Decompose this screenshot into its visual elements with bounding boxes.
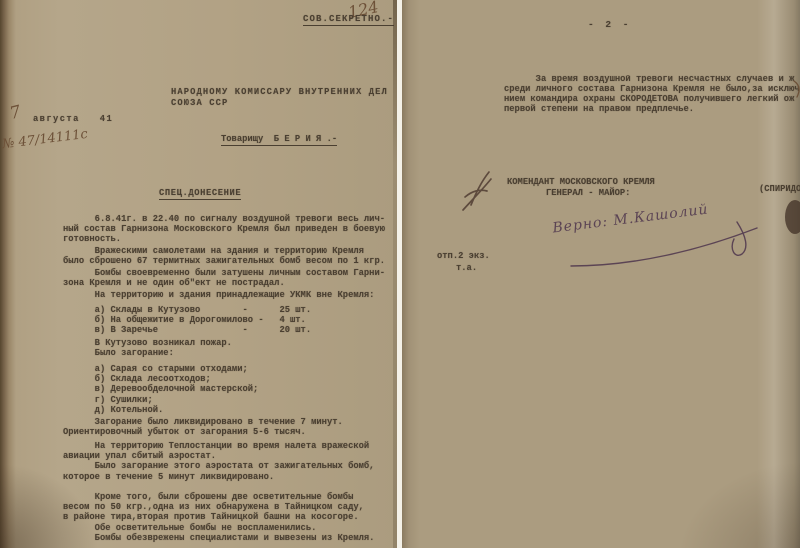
paragraph-bombs-dropped: Вражескими самолетами на здания и террит…: [63, 246, 385, 266]
paragraph-fire-liquidated: Загорание было ликвидировано в течение 7…: [63, 417, 343, 437]
paragraph-balloon: На территорию Теплостанции во время нале…: [63, 441, 374, 482]
signer-name-clipped: (СПИРИДО: [759, 184, 800, 194]
copies-note-line2: т.а.: [456, 263, 477, 273]
typed-date: августа 41: [33, 114, 113, 124]
paragraph-alert: 6.8.41г. в 22.40 по сигналу воздушной тр…: [63, 214, 385, 245]
document-scan: 124 СОВ.СЕКРЕТНО.- НАРОДНОМУ КОМИССАРУ В…: [0, 0, 800, 548]
signer-title-line2: ГЕНЕРАЛ - МАЙОР:: [546, 188, 630, 198]
paragraph-flare-bombs: Кроме того, были сброшены две осветитель…: [63, 492, 374, 543]
copies-note-line1: отп.2 экз.: [437, 251, 490, 261]
report-heading: СПЕЦ.ДОНЕСЕНИЕ: [159, 188, 241, 200]
list-fire-objects: а) Сарая со старыми отходами; б) Склада …: [63, 364, 258, 415]
paragraph-bombs-extinguished: Бомбы своевременно были затушены личным …: [63, 268, 385, 288]
addressee-block: НАРОДНОМУ КОМИССАРУ ВНУТРЕННИХ ДЕЛ СОЮЗА…: [171, 87, 388, 109]
classification-stamp: СОВ.СЕКРЕТНО.-: [303, 14, 394, 26]
page-2-number: - 2 -: [588, 20, 632, 30]
paragraph-ukmk-intro: На территорию и здания принадлежащие УКМ…: [63, 290, 374, 300]
paragraph-kutuzovo-fire: В Кутузово возникал пожар. Было загорани…: [63, 338, 232, 358]
paragraph-casualties: За время воздушной тревоги несчастных сл…: [504, 75, 800, 115]
list-bomb-locations: а) Склады в Кутузово - 25 шт. б) На обще…: [63, 305, 311, 336]
signer-title-line1: КОМЕНДАНТ МОСКОВСКОГО КРЕМЛЯ: [507, 177, 655, 187]
salutation-line: Товарищу Б Е Р И Я .-: [221, 134, 337, 146]
